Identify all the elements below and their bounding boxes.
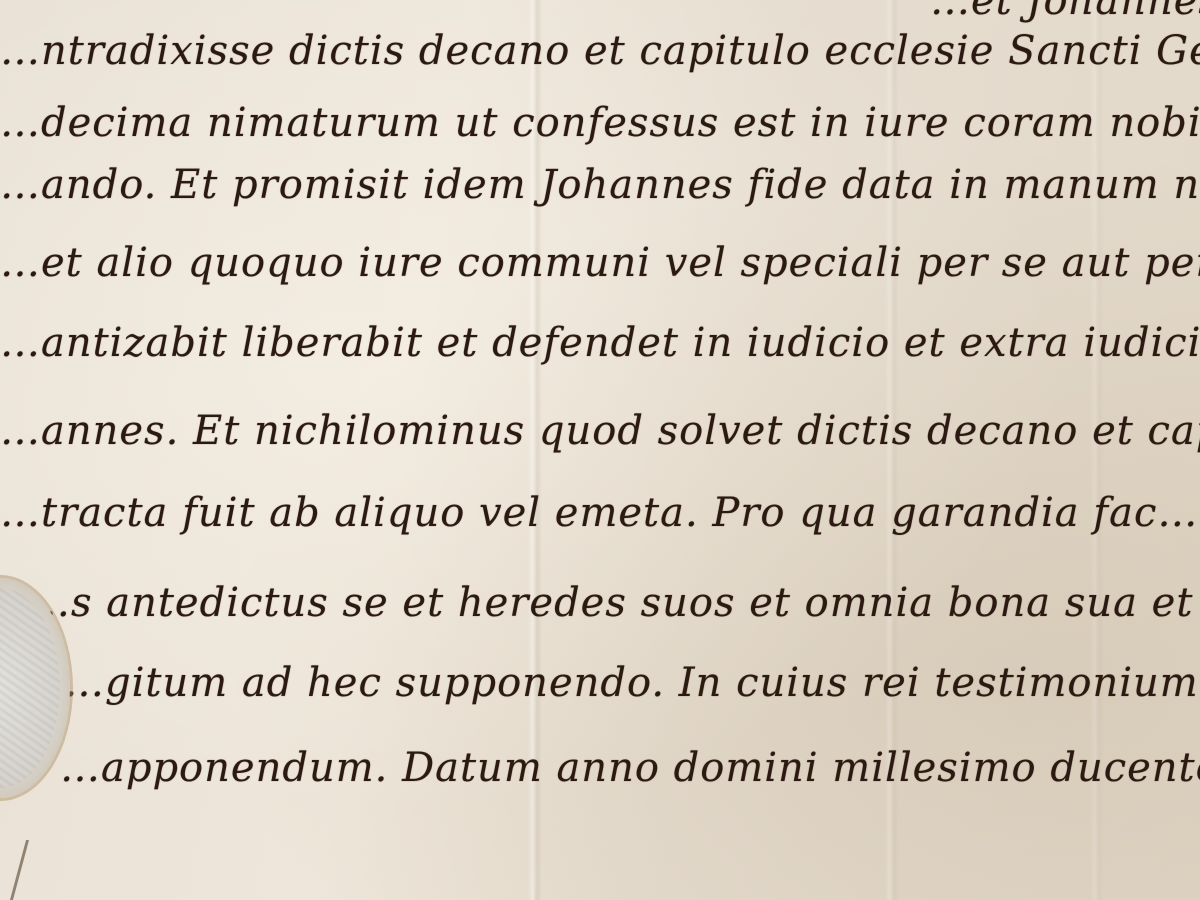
- manuscript-line: …et Johannes de…: [930, 0, 1200, 24]
- manuscript-line: …et alio quoquo iure communi vel special…: [0, 240, 1200, 286]
- manuscript-line: …decima nimaturum ut confessus est in iu…: [0, 100, 1200, 146]
- manuscript-line: …ando. Et promisit idem Johannes fide da…: [0, 162, 1200, 208]
- manuscript-line: …ntradixisse dictis decano et capitulo e…: [0, 28, 1200, 74]
- manuscript-line: …gitum ad hec supponendo. In cuius rei t…: [64, 660, 1200, 706]
- seal-texture: [0, 588, 60, 788]
- manuscript-line: …apponendum. Datum anno domini millesimo…: [60, 745, 1200, 791]
- manuscript-line: …annes. Et nichilominus quod solvet dict…: [0, 408, 1200, 454]
- seal-cord: [10, 840, 45, 900]
- manuscript-line: …antizabit liberabit et defendet in iudi…: [0, 320, 1200, 366]
- manuscript-line: …tracta fuit ab aliquo vel emeta. Pro qu…: [0, 490, 1198, 536]
- manuscript-line: …s antedictus se et heredes suos et omni…: [30, 580, 1200, 626]
